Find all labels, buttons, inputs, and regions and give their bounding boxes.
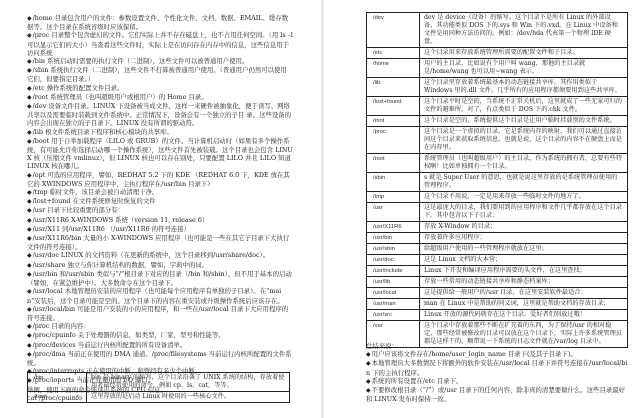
paragraph: ◆/tmp 临时文件，该目录会被自动清理干净。 [27, 188, 293, 197]
directory-path-cell: /lib [367, 78, 420, 97]
diamond-bullet-icon: ◆ [27, 32, 32, 39]
right-directory-table: /devdev 是 device（设备）的缩写。这个目录下是所有 Linux 的… [366, 12, 628, 348]
diamond-bullet-icon: ◆ [27, 323, 32, 330]
paragraph: ◆/lib 根文件系统目录下程序和核心模块的共享库。 [27, 128, 293, 137]
paragraph-text: /dev 设备文件目录。LINUX 下设备被当成文件，这样一来硬件被抽象化，便于… [27, 102, 291, 127]
directory-description-cell: 这个目录用来存放系统管理所需要的配置文件和子目录。 [420, 48, 628, 59]
diamond-bullet-icon: ◆ [27, 252, 32, 259]
directory-path-cell: /usr/doc [367, 255, 420, 266]
diamond-bullet-icon: ◆ [27, 226, 32, 233]
directory-description-cell: 这个目录不用说，一定是用来存放一些临时文件的地方了。 [420, 192, 628, 203]
directory-description-cell: 这个目录是空的，系统提供这个目录是让用户临时挂载别的文件系统。 [420, 116, 628, 127]
diamond-bullet-icon: ◆ [27, 103, 32, 110]
summary-item: ◆系统的所有设置在/etc 目录下。 [366, 377, 628, 386]
summary-item-text: 不要修改根目录（“/”）或/usr 目录下的任何内容，除非真的清楚要做什么。这些… [366, 386, 625, 403]
table-row: /usr/bin存放着许多应用程序； [367, 233, 628, 244]
paragraph: ◆/usr 目录下比较重要的部分有： [27, 206, 293, 215]
table-row: /lib这个目录里存放着系统最基本的动态链接共享库，其作用类似于 Windows… [367, 78, 628, 97]
table-row: /boot这里存放的是启动 Linux 时使用的一些核心文件。 [28, 392, 290, 403]
diamond-bullet-icon: ◆ [366, 387, 371, 394]
paragraph-text: /opt 可选的应用程序，譬如，REDHAT 5.2 下的 KDE （REDHA… [27, 171, 290, 188]
table-row: /usr/manman 在 Linux 中是帮助的同义词，这里就是帮助文档的存放… [367, 299, 628, 310]
directory-path-cell: /root [367, 154, 420, 173]
paragraph: ◆/sbin 系统执行文件（二进制），这些文件不打算被普通用户使用。（普通用户仍… [27, 66, 293, 83]
directory-path-cell: /usr [367, 203, 420, 222]
paragraph-text: /bin 系统启动时需要的执行文件（二进制），这些文件可以被普通用户使用。 [33, 57, 249, 65]
paragraph: ◆/dev 设备文件目录。LINUX 下设备被当成文件，这样一来硬件被抽象化，便… [27, 102, 293, 128]
paragraph: ◆/proc/cpuinfo 关于处理器的信息，如类型，厂家，型号和性能等。 [27, 331, 293, 340]
table-row: /tmp这个目录不用说，一定是用来存放一些临时文件的地方了。 [367, 192, 628, 203]
diamond-bullet-icon: ◆ [27, 58, 32, 65]
directory-path-cell: /tmp [367, 192, 420, 203]
directory-description-cell: Linux 下开发和编译应用程序需要的头文件，在这里查找； [420, 266, 628, 277]
paragraph-text: /root 系统管理员（也叫超级用户或根用户）的 Home 目录。 [33, 93, 208, 101]
table-row: /usr/srcLinux 开放的源代码就存在这个目录，爱好者们别放过哦！ [367, 310, 628, 321]
directory-path-cell: /lost+found [367, 97, 420, 116]
diamond-bullet-icon: ◆ [27, 306, 32, 313]
directory-description-cell: 存放着许多应用程序； [420, 233, 628, 244]
paragraph: ◆/home 目录包含用户的文件：参数设置文件、个性化文件、文档、数据、EMAI… [27, 14, 293, 31]
diamond-bullet-icon: ◆ [27, 288, 32, 295]
diamond-bullet-icon: ◆ [27, 172, 32, 179]
paragraph-text: /proc/cpuinfo 关于处理器的信息，如类型，厂家，型号和性能等。 [33, 331, 225, 339]
directory-description-cell: 用户的主目录，比如说有个用户叫 wang，那他的主目录就是/home/wang … [420, 59, 628, 78]
directory-description-cell: 给超级用户使用的一些管理程序就放在这里； [420, 244, 628, 255]
paragraph: ◆/usr/bin 和/usr/sbin 类似与“/”根目录下对应的目录（/bi… [27, 270, 293, 287]
directory-path-cell: /usr/man [367, 299, 420, 310]
paragraph-text: /usr 目录下比较重要的部分有： [33, 206, 124, 214]
paragraph: ◆/usr/X11 同/usr/X11R6 （/usr/X11R6 的符号连接） [27, 225, 293, 234]
diamond-bullet-icon: ◆ [366, 378, 371, 385]
diamond-bullet-icon: ◆ [27, 189, 32, 196]
directory-description-cell: Linux 开放的源代码就存在这个目录，爱好者们别放过哦！ [420, 310, 628, 321]
diamond-bullet-icon: ◆ [27, 351, 32, 358]
diamond-bullet-icon: ◆ [27, 129, 32, 136]
summary-list: ◆用户应该将文件存在/home/user_login_name 目录下(及其子目… [366, 350, 628, 403]
paragraph-text: /proc 目录的内容： [33, 322, 90, 330]
paragraph-text: /home 目录包含用户的文件：参数设置文件、个性化文件、文档、数据、EMAIL… [27, 14, 288, 31]
table-row: /usr/X11R6存放 X-Window 的目录； [367, 222, 628, 233]
directory-description-cell: dev 是 device（设备）的缩写。这个目录下是所有 Linux 的外部设备… [420, 13, 628, 48]
paragraph-text: /usr/doc LINUX 的文档资料（在更新的系统中，这个目录移到/usr/… [33, 251, 270, 259]
table-row: /usr/includeLinux 下开发和编译应用程序需要的头文件，在这里查找… [367, 266, 628, 277]
directory-description-cell: 这个目录里存放着系统最基本的动态链接共享库，其作用类似于 Windows 里的.… [420, 78, 628, 97]
table-row: /usr/doc这是 Linux 文档的大本营； [367, 255, 628, 266]
directory-path-cell: /proc [367, 127, 420, 154]
table-row: /devdev 是 device（设备）的缩写。这个目录下是所有 Linux 的… [367, 13, 628, 48]
table-row: /usr这是最庞大的目录，我们要用到的应用程序和文件几乎都存放在这个目录下。其中… [367, 203, 628, 222]
directory-description-cell: 这是最庞大的目录，我们要用到的应用程序和文件几乎都存放在这个目录下。其中包含以下… [420, 203, 628, 222]
paragraph-text: /proc/dma 当前正在使用的 DMA 通道。/proc/filesyste… [27, 350, 292, 367]
paragraph-text: /usr/bin 和/usr/sbin 类似与“/”根目录下对应的目录（/bin… [27, 270, 292, 287]
diamond-bullet-icon: ◆ [27, 262, 32, 269]
directory-path-cell: /usr/src [367, 310, 420, 321]
directory-path-cell: /usr/bin [367, 233, 420, 244]
table-row: /root系统管理员（也叫超级用户）的主目录。作为系统的拥有者，总要有些特权啊！… [367, 154, 628, 173]
directory-description-cell: man 在 Linux 中是帮助的同义词，这里就是帮助文档的存放目录； [420, 299, 628, 310]
directory-path-cell: /usr/lib [367, 277, 420, 288]
directory-path-cell: /dev [367, 13, 420, 48]
paragraph-text: /lib 根文件系统目录下程序和核心模块的共享库。 [33, 128, 173, 136]
table-row: /usr/sbin给超级用户使用的一些管理程序就放在这里； [367, 244, 628, 255]
left-directory-table: /binbin 是 binary 的缩写，这个目录沿袭了 UNIX 系统的结构，… [27, 372, 290, 403]
diamond-bullet-icon: ◆ [27, 198, 32, 205]
directory-description-cell: 系统管理员（也叫超级用户）的主目录。作为系统的拥有者，总要有些特权啊！比如单独拥… [420, 154, 628, 173]
paragraph: ◆/usr/doc LINUX 的文档资料（在更新的系统中，这个目录移到/usr… [27, 251, 293, 260]
directory-description-cell: bin 是 binary 的缩写，这个目录沿袭了 UNIX 系统的结构，存放着使… [87, 373, 290, 392]
directory-description-cell: s 就是 Super User 的意思，也就是说这里存放的是系统管理员使用的管理… [420, 173, 628, 192]
diamond-bullet-icon: ◆ [366, 351, 371, 358]
paragraph: ◆/usr/share 独立与你计算机结构的数据，譬如，字典中的词。 [27, 261, 293, 270]
paragraph-text: /usr/local/bin 可能是用户安装的小的应用程序，和一些在/usr/l… [27, 305, 288, 322]
directory-path-cell: /usr/local [367, 288, 420, 299]
summary-heading: 总结来说： [366, 342, 628, 350]
paragraph: ◆/proc/dma 当前正在使用的 DMA 通道。/proc/filesyst… [27, 350, 293, 367]
paragraph: ◆/usr/local 本地管理员安装的应用程序（也可能每个应用程序有单独的子目… [27, 287, 293, 304]
directory-description-cell: 存放一些常用的动态链接共享库和静态档案库； [420, 277, 628, 288]
directory-path-cell: /usr/sbin [367, 244, 420, 255]
paragraph-text: /lost+found 在文件系统修复时恢复的文件 [33, 197, 156, 205]
directory-description-cell: 存放 X-Window 的目录； [420, 222, 628, 233]
summary-item: ◆本地管理员大多数情况下将额外的软件安装在/usr/local 目录下并符号连接… [366, 359, 628, 376]
table-row: /mnt这个目录是空的，系统提供这个目录是让用户临时挂载别的文件系统。 [367, 116, 628, 127]
table-row: /proc这个目录是一个虚拟的目录，它是系统内存的映射，我们可以通过直接访问这个… [367, 127, 628, 154]
directory-description-cell: 这个目录是一个虚拟的目录，它是系统内存的映射，我们可以通过直接访问这个目录来获取… [420, 127, 628, 154]
paragraph-text: /usr/X11R6/bin 大量的小 X-WINDOWS 应用程序（也可能是一… [27, 234, 289, 251]
directory-path-cell: /bin [28, 373, 87, 392]
paragraph-text: /proc 目录整个包含虚幻的文件。它们实际上并不存在磁盘上，也不占用任何空间。… [27, 31, 293, 56]
paragraph: ◆/root 系统管理员（也叫超级用户或根用户）的 Home 目录。 [27, 93, 293, 102]
paragraph-text: /etc 操作系统的配置文件目录。 [33, 84, 124, 92]
summary-item-text: 本地管理员大多数情况下将额外的软件安装在/usr/local 目录下并符号连接在… [366, 359, 627, 376]
paragraph-text: /usr/X11 同/usr/X11R6 （/usr/X11R6 的符号连接） [33, 225, 190, 233]
paragraph: ◆/proc 目录的内容： [27, 322, 293, 331]
diamond-bullet-icon: ◆ [27, 235, 32, 242]
diamond-bullet-icon: ◆ [27, 207, 32, 214]
paragraph-text: /sbin 系统执行文件（二进制），这些文件不打算被普通用户使用。（普通用户仍然… [27, 66, 287, 83]
paragraph-text: /usr/local 本地管理员安装的应用程序（也可能每个应用程序有单独的子目录… [27, 287, 284, 304]
diamond-bullet-icon: ◆ [27, 67, 32, 74]
paragraph-text: /usr/X11R6 X-WINDOWS 系统（version 11, rele… [33, 216, 209, 224]
table-row: /home用户的主目录，比如说有个用户叫 wang，那他的主目录就是/home/… [367, 59, 628, 78]
diamond-bullet-icon: ◆ [366, 360, 371, 367]
diamond-bullet-icon: ◆ [27, 138, 32, 145]
directory-path-cell: /boot [28, 392, 87, 403]
left-page: ◆/home 目录包含用户的文件：参数设置文件、个性化文件、文档、数据、EMAI… [0, 0, 321, 418]
table-row: /sbins 就是 Super User 的意思，也就是说这里存放的是系统管理员… [367, 173, 628, 192]
summary-item: ◆不要修改根目录（“/”）或/usr 目录下的任何内容，除非真的清楚要做什么。这… [366, 386, 628, 403]
paragraph: ◆/proc/devices 当前运行内核所配置的所有设备清单。 [27, 341, 293, 350]
directory-description-cell: 这里存放的是启动 Linux 时使用的一些核心文件。 [87, 392, 290, 403]
summary-item-text: 用户应该将文件存在/home/user_login_name 目录下(及其子目录… [372, 350, 577, 358]
directory-description-cell: 这个目录平时是空的，当系统不正常关机后，这里就成了一些无家可归的文件的避难所。对… [420, 97, 628, 116]
directory-path-cell: /usr/X11R6 [367, 222, 420, 233]
left-page-body: ◆/home 目录包含用户的文件：参数设置文件、个性化文件、文档、数据、EMAI… [27, 14, 293, 402]
diamond-bullet-icon: ◆ [27, 217, 32, 224]
diamond-bullet-icon: ◆ [27, 85, 32, 92]
paragraph-text: /boot 用于自举加载程序（LILO 或 GRUB）的文件。当计算机启动时（如… [27, 137, 293, 171]
diamond-bullet-icon: ◆ [27, 342, 32, 349]
paragraph: ◆/usr/X11R6 X-WINDOWS 系统（version 11, rel… [27, 216, 293, 225]
directory-path-cell: /home [367, 59, 420, 78]
paragraph: ◆/usr/local/bin 可能是用户安装的小的应用程序，和一些在/usr/… [27, 305, 293, 322]
paragraph: ◆/usr/X11R6/bin 大量的小 X-WINDOWS 应用程序（也可能是… [27, 234, 293, 251]
paragraph: ◆/boot 用于自举加载程序（LILO 或 GRUB）的文件。当计算机启动时（… [27, 137, 293, 171]
table-row: /usr/local这是提供给一般用户的/usr 目录，在这里安装软件最适合； [367, 288, 628, 299]
directory-description-cell: 这是 Linux 文档的大本营； [420, 255, 628, 266]
diamond-bullet-icon: ◆ [27, 271, 32, 278]
directory-path-cell: /usr/include [367, 266, 420, 277]
table-row: /binbin 是 binary 的缩写，这个目录沿袭了 UNIX 系统的结构，… [28, 373, 290, 392]
table-row: /lost+found这个目录平时是空的，当系统不正常关机后，这里就成了一些无家… [367, 97, 628, 116]
paragraph: ◆/etc 操作系统的配置文件目录。 [27, 84, 293, 93]
directory-description-cell: 这是提供给一般用户的/usr 目录，在这里安装软件最适合； [420, 288, 628, 299]
summary-section: 总结来说： ◆用户应该将文件存在/home/user_login_name 目录… [366, 342, 628, 403]
diamond-bullet-icon: ◆ [27, 15, 32, 22]
directory-path-cell: /mnt [367, 116, 420, 127]
table-row: /usr/lib存放一些常用的动态链接共享库和静态档案库； [367, 277, 628, 288]
directory-path-cell: /etc [367, 48, 420, 59]
paragraph-text: /proc/devices 当前运行内核所配置的所有设备清单。 [33, 341, 187, 349]
table-row: /etc这个目录用来存放系统管理所需要的配置文件和子目录。 [367, 48, 628, 59]
diamond-bullet-icon: ◆ [27, 332, 32, 339]
diamond-bullet-icon: ◆ [27, 94, 32, 101]
directory-path-cell: /sbin [367, 173, 420, 192]
paragraph-text: /tmp 临时文件，该目录会被自动清理干净。 [33, 188, 159, 196]
paragraph: ◆/bin 系统启动时需要的执行文件（二进制），这些文件可以被普通用户使用。 [27, 57, 293, 66]
paragraph: ◆/proc 目录整个包含虚幻的文件。它们实际上并不存在磁盘上，也不占用任何空间… [27, 31, 293, 57]
right-page: /devdev 是 device（设备）的缩写。这个目录下是所有 Linux 的… [324, 0, 640, 418]
paragraph-text: /usr/share 独立与你计算机结构的数据，譬如，字典中的词。 [33, 261, 208, 269]
summary-item-text: 系统的所有设置在/etc 目录下。 [372, 377, 463, 385]
paragraph: ◆/opt 可选的应用程序，譬如，REDHAT 5.2 下的 KDE （REDH… [27, 171, 293, 188]
